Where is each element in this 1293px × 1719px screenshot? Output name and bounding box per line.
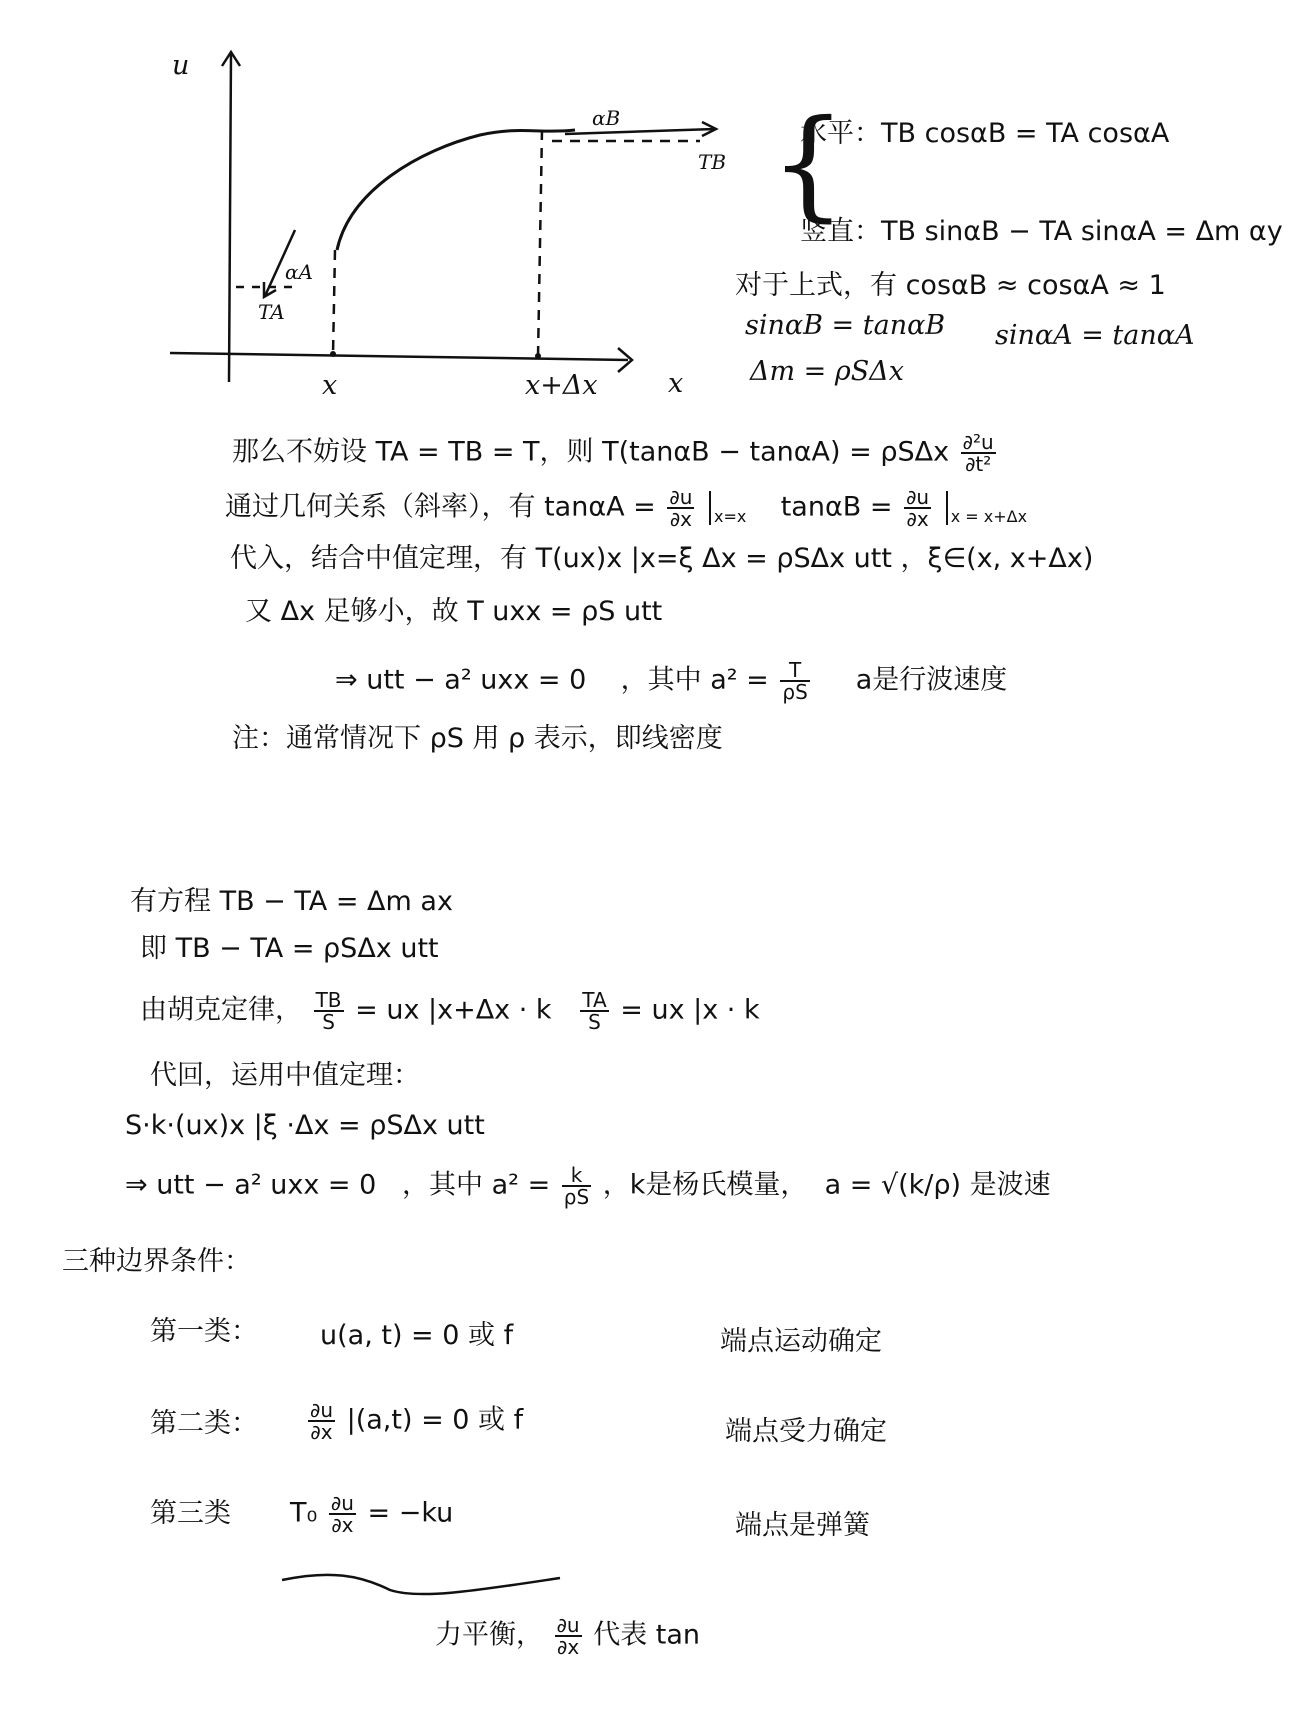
dm-eq: Δm = ρSΔx — [750, 358, 904, 385]
boundary-type3-formula: T₀ ∂u∂x = −ku — [290, 1493, 453, 1535]
derivation-line4: 又 Δx 足够小，故 T uxx = ρS utt — [245, 598, 662, 625]
rod-line5: S·k·(ux)x |ξ ·Δx = ρSΔx utt — [125, 1112, 485, 1139]
boundary-type3-desc: 端点是弹簧 — [735, 1512, 870, 1539]
rod-line4: 代回，运用中值定理： — [150, 1062, 420, 1089]
hooke-law-line: 由胡克定律， TBS = ux |x+Δx · k TAS = ux |x · … — [140, 990, 760, 1032]
ta-label: TA — [258, 302, 285, 322]
u-axis-label: u — [172, 52, 189, 79]
rod-wave-equation: ⇒ utt − a² uxx = 0 ，其中 a² = kρS ，k是杨氏模量，… — [125, 1165, 1051, 1207]
boundary-type2-desc: 端点受力确定 — [725, 1418, 887, 1445]
boundary-title: 三种边界条件： — [62, 1248, 251, 1275]
boundary-type1-label: 第一类： — [150, 1318, 258, 1345]
sin-a-eq: sinαA = tanαA — [995, 322, 1194, 349]
derivation-line2: 通过几何关系（斜率），有 tanαA = ∂u∂x x=x tanαB = ∂u… — [225, 487, 1027, 529]
derivation-line3: 代入，结合中值定理，有 T(ux)x |x=ξ Δx = ρSΔx utt ，ξ… — [230, 545, 1093, 572]
boundary-type3-label: 第三类 — [150, 1500, 231, 1527]
boundary-type1-formula: u(a, t) = 0 或 f — [320, 1322, 513, 1349]
approx-line: 对于上式，有 cosαB ≈ cosαA ≈ 1 — [735, 272, 1166, 299]
x-axis-label: x — [668, 370, 683, 397]
x-axis — [170, 353, 628, 360]
u-axis — [229, 52, 231, 382]
tb-label: TB — [698, 152, 726, 172]
rod-line2: 即 TB − TA = ρSΔx utt — [140, 935, 439, 962]
wave-equation-result: ⇒ utt − a² uxx = 0 ，其中 a² = TρS a是行波速度 — [335, 660, 1007, 702]
rod-line1: 有方程 TB − TA = Δm ax — [130, 888, 453, 915]
tick-x: x — [322, 372, 337, 399]
string-curve — [337, 130, 575, 250]
alpha-b-label: αB — [592, 108, 620, 128]
density-note: 注：通常情况下 ρS 用 ρ 表示，即线密度 — [232, 725, 723, 752]
string-element-diagram — [0, 0, 1293, 420]
boundary-footnote: 力平衡， ∂u∂x 代表 tan — [435, 1615, 700, 1657]
boundary-type1-desc: 端点运动确定 — [720, 1328, 882, 1355]
horizontal-balance: 水平：TB cosαB = TA cosαA — [800, 120, 1169, 147]
vertical-balance: 竖直：TB sinαB − TA sinαA = Δm αy — [800, 218, 1283, 245]
tick-x-plus-dx: x+Δx — [525, 372, 598, 399]
alpha-a-label: αA — [285, 262, 313, 282]
sin-b-eq: sinαB = tanαB — [745, 312, 945, 339]
boundary-type2-formula: ∂u∂x |(a,t) = 0 或 f — [305, 1400, 523, 1442]
boundary-type2-label: 第二类： — [150, 1410, 258, 1437]
derivation-line1: 那么不妨设 TA = TB = T，则 T(tanαB − tanαA) = ρ… — [232, 432, 999, 474]
